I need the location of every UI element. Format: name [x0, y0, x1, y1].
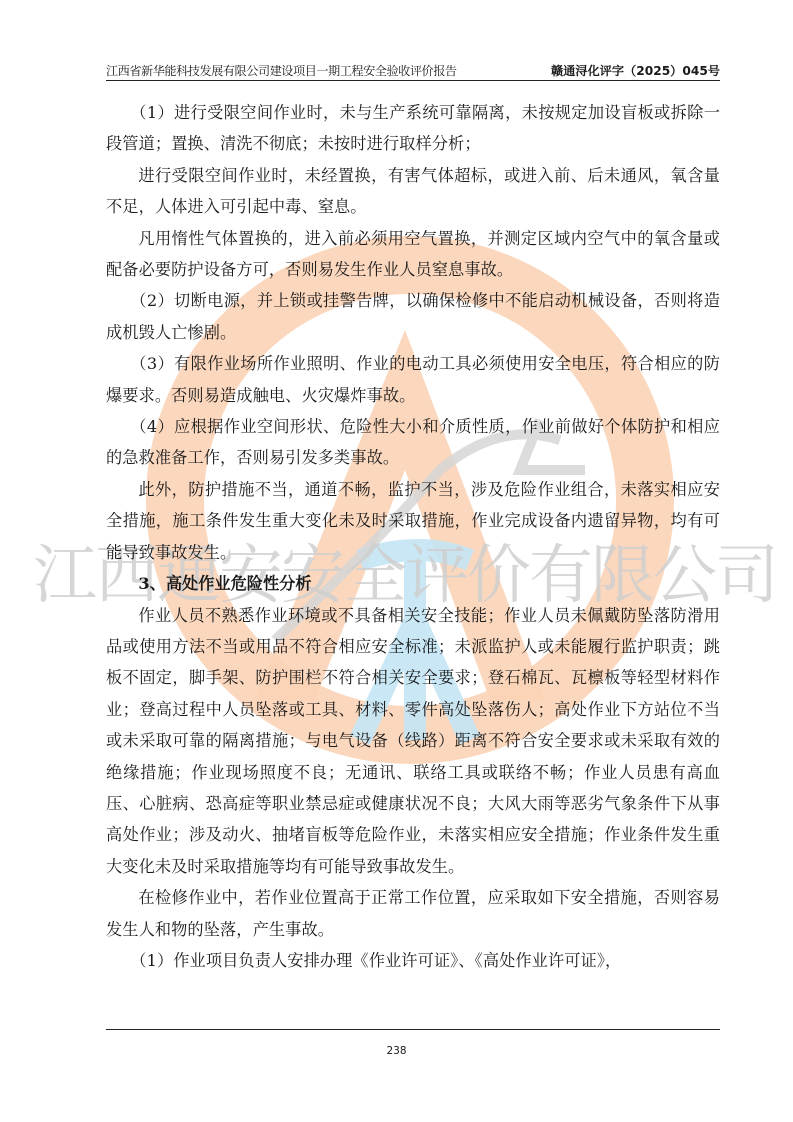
paragraph-item-1: （1）作业项目负责人安排办理《作业许可证》、《高处作业许可证》， [106, 945, 720, 976]
document-page: 江西通安安全评价有限公司 江西省新华能科技发展有限公司建设项目一期工程安全验收评… [0, 0, 793, 1122]
paragraph: 此外，防护措施不当，通道不畅，监护不当，涉及危险作业组合，未落实相应安全措施，施… [106, 474, 720, 568]
paragraph-item-3: （3）有限作业场所作业照明、作业的电动工具必须使用安全电压，符合相应的防爆要求。… [106, 348, 720, 411]
report-title: 江西省新华能科技发展有限公司建设项目一期工程安全验收评价报告 [106, 62, 457, 80]
page-header: 江西省新华能科技发展有限公司建设项目一期工程安全验收评价报告 赣通浔化评字（20… [106, 60, 720, 81]
footer-divider [106, 1029, 720, 1030]
page-number: 238 [0, 1045, 793, 1057]
paragraph-item-4: （4）应根据作业空间形状、危险性大小和介质性质，作业前做好个体防护和相应的急救准… [106, 411, 720, 474]
paragraph: 进行受限空间作业时，未经置换，有害气体超标，或进入前、后未通风，氧含量不足，人体… [106, 160, 720, 223]
paragraph: 凡用惰性气体置换的，进入前必须用空气置换，并测定区域内空气中的氧含量或配备必要防… [106, 223, 720, 286]
paragraph-item-2: （2）切断电源，并上锁或挂警告牌，以确保检修中不能启动机械设备，否则将造成机毁人… [106, 285, 720, 348]
paragraph: 在检修作业中，若作业位置高于正常工作位置，应采取如下安全措施，否则容易发生人和物… [106, 882, 720, 945]
paragraph: 作业人员不熟悉作业环境或不具备相关安全技能；作业人员未佩戴防坠落防滑用品或使用方… [106, 600, 720, 883]
paragraph-item-1: （1）进行受限空间作业时，未与生产系统可靠隔离，未按规定加设盲板或拆除一段管道；… [106, 97, 720, 160]
section-heading: 3、高处作业危险性分析 [106, 568, 720, 599]
report-number: 赣通浔化评字（2025）045号 [551, 62, 720, 80]
body-content: （1）进行受限空间作业时，未与生产系统可靠隔离，未按规定加设盲板或拆除一段管道；… [106, 97, 720, 976]
